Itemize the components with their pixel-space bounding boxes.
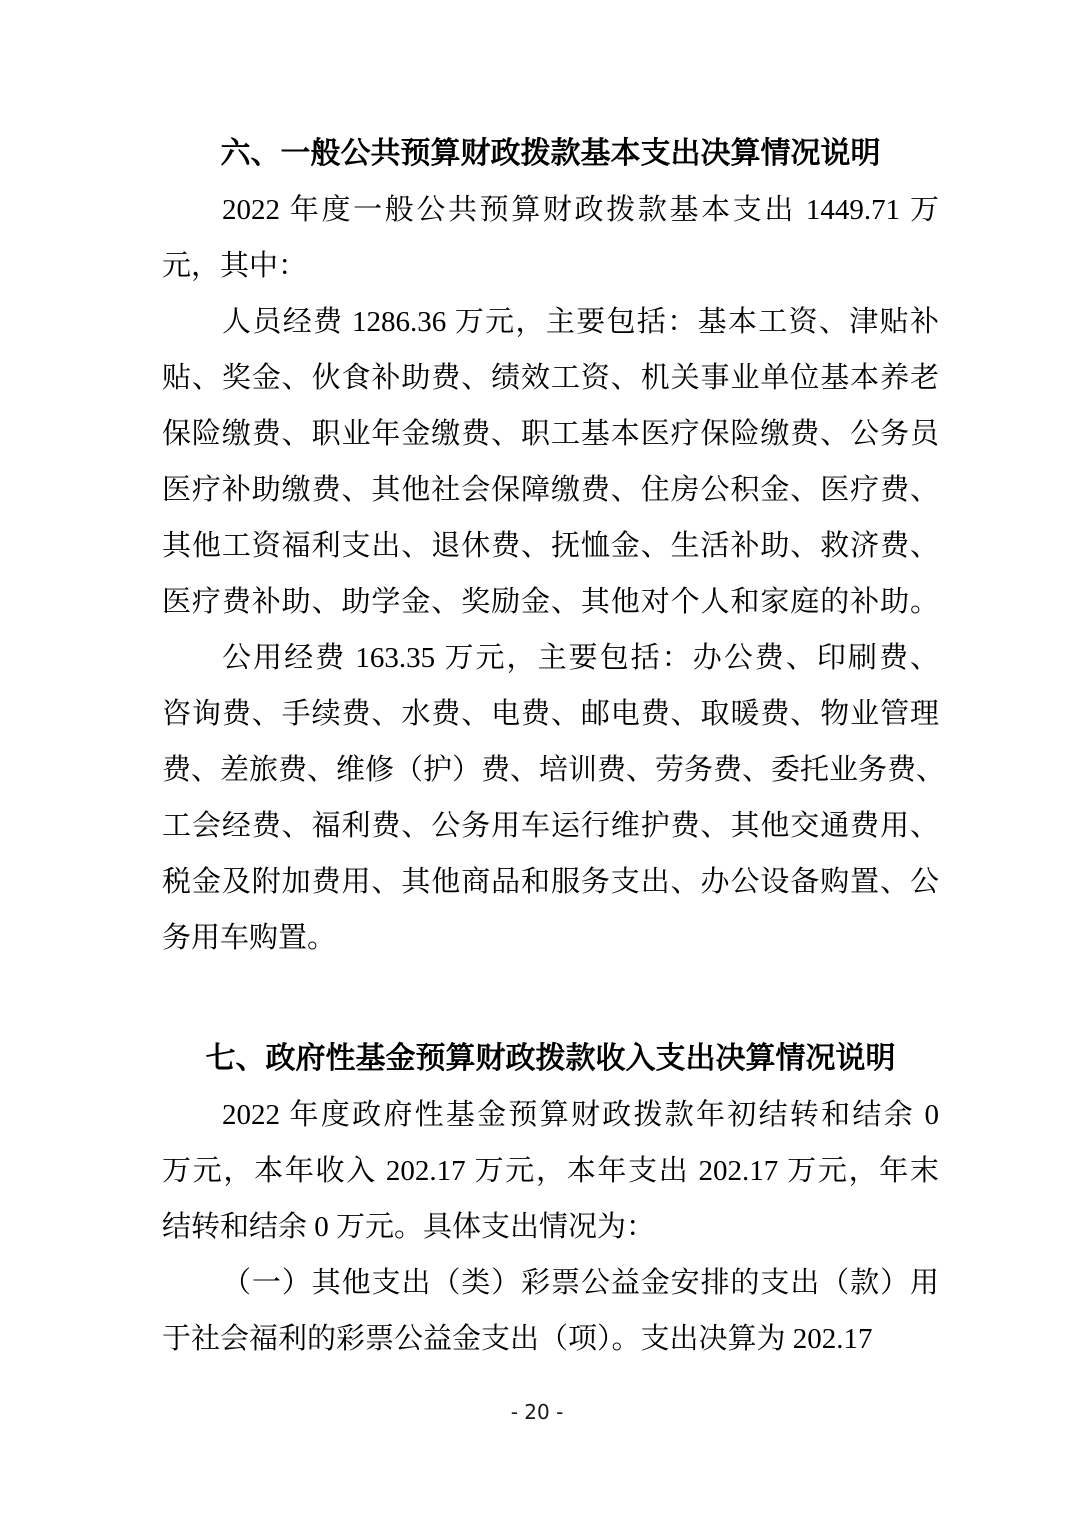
- paragraph-line: 咨询费、手续费、水费、电费、邮电费、取暖费、物业管理: [162, 686, 939, 742]
- paragraph-line: 万元，本年收入 202.17 万元，本年支出 202.17 万元，年末: [162, 1143, 939, 1199]
- paragraph-line: 2022 年度政府性基金预算财政拨款年初结转和结余 0: [162, 1087, 939, 1143]
- paragraph-line: 医疗补助缴费、其他社会保障缴费、住房公积金、医疗费、: [162, 462, 939, 518]
- paragraph-line: （一）其他支出（类）彩票公益金安排的支出（款）用: [162, 1255, 939, 1311]
- paragraph-line: 其他工资福利支出、退休费、抚恤金、生活补助、救济费、: [162, 518, 939, 574]
- paragraph-line: 人员经费 1286.36 万元，主要包括：基本工资、津贴补: [162, 294, 939, 350]
- paragraph-line: 贴、奖金、伙食补助费、绩效工资、机关事业单位基本养老: [162, 350, 939, 406]
- paragraph-line: 于社会福利的彩票公益金支出（项）。支出决算为 202.17: [162, 1311, 939, 1367]
- paragraph-line: 保险缴费、职业年金缴费、职工基本医疗保险缴费、公务员: [162, 406, 939, 462]
- paragraph-line: 元，其中：: [162, 238, 939, 294]
- paragraph-line: 2022 年度一般公共预算财政拨款基本支出 1449.71 万: [162, 182, 939, 238]
- paragraph-line: 务用车购置。: [162, 910, 939, 966]
- section-6-heading: 六、一般公共预算财政拨款基本支出决算情况说明: [162, 126, 939, 182]
- paragraph-line: 工会经费、福利费、公务用车运行维护费、其他交通费用、: [162, 798, 939, 854]
- document-page: 六、一般公共预算财政拨款基本支出决算情况说明 2022 年度一般公共预算财政拨款…: [0, 0, 1074, 1520]
- page-number: - 20 -: [0, 1398, 1074, 1426]
- paragraph-line: 费、差旅费、维修（护）费、培训费、劳务费、委托业务费、: [162, 742, 939, 798]
- paragraph-line: 税金及附加费用、其他商品和服务支出、办公设备购置、公: [162, 854, 939, 910]
- paragraph-line: 医疗费补助、助学金、奖励金、其他对个人和家庭的补助。: [162, 574, 939, 630]
- section-7-heading: 七、政府性基金预算财政拨款收入支出决算情况说明: [162, 1031, 939, 1087]
- page-content: 六、一般公共预算财政拨款基本支出决算情况说明 2022 年度一般公共预算财政拨款…: [162, 0, 939, 1367]
- paragraph-line: 公用经费 163.35 万元，主要包括：办公费、印刷费、: [162, 630, 939, 686]
- paragraph-line: 结转和结余 0 万元。具体支出情况为：: [162, 1199, 939, 1255]
